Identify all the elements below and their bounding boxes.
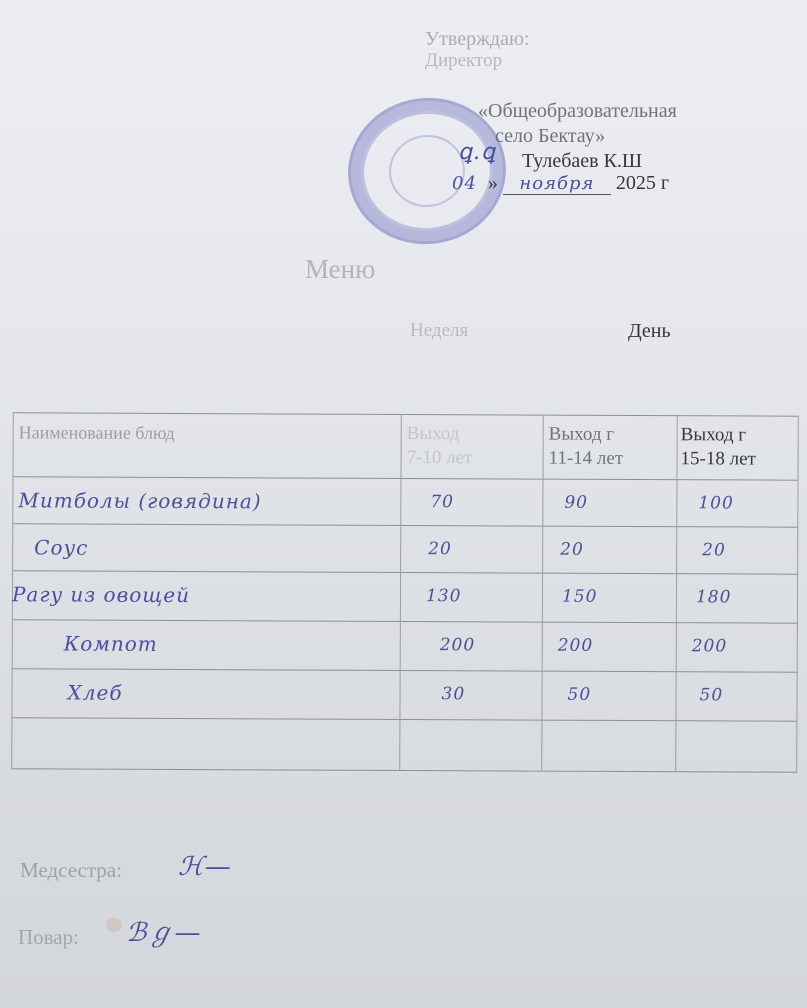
date-year: 2025 г <box>616 172 669 194</box>
portion-y7-10: 30 <box>442 684 466 704</box>
portion-y7-10: 200 <box>440 635 476 655</box>
approve-label: Утверждаю: <box>425 28 529 51</box>
col-header-15-18-line2: 15-18 лет <box>681 447 756 471</box>
portion-y11-14: 90 <box>564 493 588 513</box>
col-header-7-10-line1: Выход <box>407 422 460 446</box>
week-label: Неделя <box>410 320 468 342</box>
portion-y11-14: 50 <box>568 685 592 705</box>
portion-y11-14: 20 <box>560 540 584 560</box>
dish-name: Митболы (говядина) <box>18 488 261 513</box>
dish-name: Компот <box>64 632 158 656</box>
portion-y11-14: 200 <box>558 636 594 656</box>
position-label: Директор <box>425 50 502 72</box>
nurse-label: Медсестра: <box>20 858 122 883</box>
dish-name: Соус <box>34 535 88 559</box>
director-name: Тулебаев К.Ш <box>522 150 642 173</box>
col-header-dish: Наименование блюд <box>19 420 175 445</box>
date-day: 04 <box>452 173 477 194</box>
approval-date: 04 » ноября 2025 г <box>452 172 669 195</box>
col-header-11-14-line1: Выход г <box>549 423 614 447</box>
org-line-2: село Бектау» <box>495 125 605 148</box>
org-line-1: «Общеобразовательная <box>478 100 677 123</box>
day-label: День <box>628 320 671 343</box>
portion-y11-14: 150 <box>562 587 598 607</box>
menu-table: Наименование блюд Выход 7-10 лет Выход г… <box>11 412 799 771</box>
portion-y15-18: 50 <box>700 685 724 705</box>
cook-label: Повар: <box>18 925 79 950</box>
director-signature: ꝗ.ꝗ <box>458 140 496 165</box>
col-header-7-10-line2: 7-10 лет <box>407 446 473 470</box>
portion-y15-18: 20 <box>702 540 726 560</box>
date-month: ноября <box>503 173 611 195</box>
dish-name: Хлеб <box>68 681 123 705</box>
col-header-11-14-line2: 11-14 лет <box>549 447 624 471</box>
portion-y15-18: 180 <box>696 587 732 607</box>
dish-name: Рагу из овощей <box>12 582 190 607</box>
portion-y7-10: 20 <box>428 539 452 559</box>
portion-y7-10: 70 <box>430 492 454 512</box>
portion-y15-18: 200 <box>692 636 728 656</box>
cook-signature: ℬℊ— <box>126 912 201 949</box>
nurse-signature: ℋ— <box>178 852 232 882</box>
col-header-15-18-line1: Выход г <box>681 423 746 447</box>
page-title: Меню <box>305 254 375 285</box>
portion-y7-10: 130 <box>426 586 462 606</box>
stain <box>106 918 122 932</box>
portion-y15-18: 100 <box>698 493 734 513</box>
